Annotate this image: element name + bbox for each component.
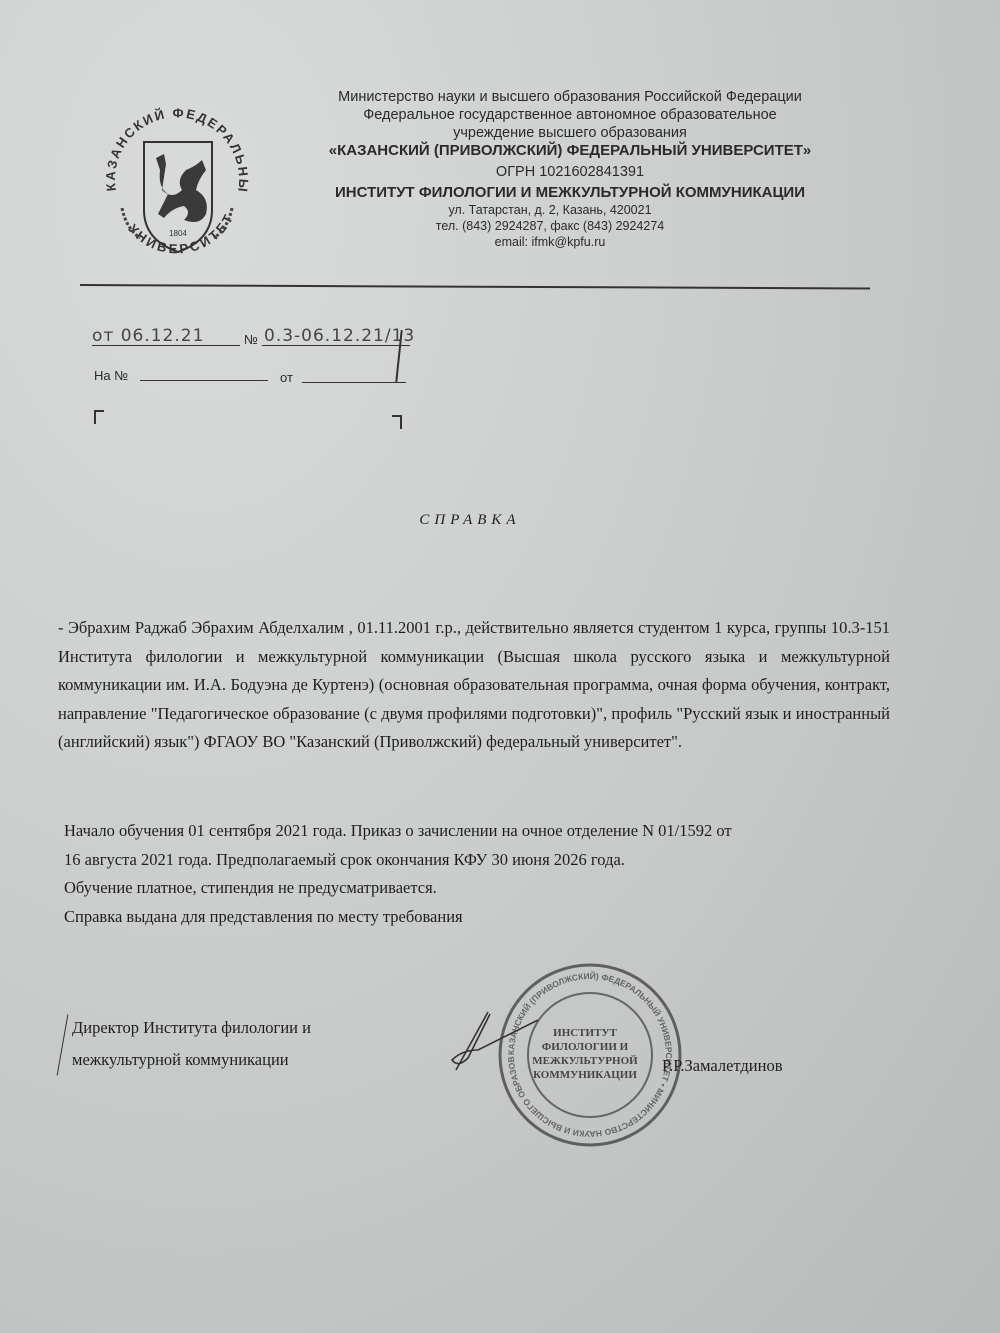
- corner-mark-left: [94, 410, 104, 424]
- reply-to-field: [140, 380, 268, 381]
- number-label: №: [244, 332, 258, 347]
- certificate-details: Начало обучения 01 сентября 2021 года. П…: [64, 817, 864, 931]
- position-line-1: Директор Института филологии и: [72, 1012, 311, 1044]
- university-emblem: КАЗАНСКИЙ ФЕДЕРАЛЬНЫЙ УНИВЕРСИТЕТ 1804: [92, 100, 262, 270]
- dragon-crest-icon: КАЗАНСКИЙ ФЕДЕРАЛЬНЫЙ УНИВЕРСИТЕТ 1804: [92, 100, 262, 270]
- email: email: ifmk@kpfu.ru: [300, 234, 840, 250]
- university-name: «КАЗАНСКИЙ (ПРИВОЛЖСКИЙ) ФЕДЕРАЛЬНЫЙ УНИ…: [300, 142, 840, 160]
- tuition-line: Обучение платное, стипендия не предусмат…: [64, 874, 864, 903]
- svg-text:МЕЖКУЛЬТУРНОЙ: МЕЖКУЛЬТУРНОЙ: [532, 1055, 638, 1067]
- phone-fax: тел. (843) 2924287, факс (843) 2924274: [300, 218, 840, 234]
- svg-text:КАЗАНСКИЙ ФЕДЕРАЛЬНЫЙ: КАЗАНСКИЙ ФЕДЕРАЛЬНЫЙ: [92, 100, 251, 194]
- from-field: [302, 382, 406, 383]
- reply-to-label: На №: [94, 368, 128, 383]
- ogrn: ОГРН 1021602841391: [300, 163, 840, 181]
- document-title: СПРАВКА: [0, 512, 940, 529]
- position-line-2: межкультурной коммуникации: [72, 1044, 311, 1076]
- certificate-body: - Эбрахим Раджаб Эбрахим Абделхалим , 01…: [58, 614, 890, 757]
- from-label: от: [280, 370, 293, 385]
- institute-name: ИНСТИТУТ ФИЛОЛОГИИ И МЕЖКУЛЬТУРНОЙ КОММУ…: [300, 184, 840, 202]
- svg-text:ИНСТИТУТ: ИНСТИТУТ: [553, 1027, 617, 1039]
- outgoing-date: от 06.12.21: [92, 326, 204, 346]
- number-underline: [262, 345, 410, 346]
- letterhead-header: Министерство науки и высшего образования…: [300, 88, 840, 250]
- svg-text:1804: 1804: [169, 229, 187, 238]
- svg-text:ФИЛОЛОГИИ И: ФИЛОЛОГИИ И: [542, 1041, 629, 1053]
- institution-line: учреждение высшего образования: [300, 124, 840, 142]
- expected-end-line: 16 августа 2021 года. Предполагаемый сро…: [64, 846, 864, 875]
- signatory-position: Директор Института филологии и межкульту…: [72, 1012, 311, 1076]
- header-divider: [80, 284, 870, 289]
- svg-text:КОММУНИКАЦИИ: КОММУНИКАЦИИ: [533, 1069, 637, 1081]
- official-stamp: КАЗАНСКИЙ (ПРИВОЛЖСКИЙ) ФЕДЕРАЛЬНЫЙ УНИВ…: [495, 960, 685, 1150]
- outgoing-number: 0.3-06.12.21/13: [264, 326, 415, 346]
- federal-line: Федеральное государственное автономное о…: [300, 106, 840, 124]
- corner-mark-right: [392, 415, 402, 429]
- ministry-line: Министерство науки и высшего образования…: [300, 88, 840, 106]
- study-start-line: Начало обучения 01 сентября 2021 года. П…: [64, 817, 864, 846]
- signatory-name: Р.Р.Замалетдинов: [662, 1056, 783, 1076]
- purpose-line: Справка выдана для представления по мест…: [64, 903, 864, 932]
- date-underline: [92, 345, 240, 346]
- address: ул. Татарстан, д. 2, Казань, 420021: [300, 202, 840, 218]
- signature-mark: [57, 1014, 69, 1075]
- stamp-seal-icon: КАЗАНСКИЙ (ПРИВОЛЖСКИЙ) ФЕДЕРАЛЬНЫЙ УНИВ…: [495, 960, 685, 1150]
